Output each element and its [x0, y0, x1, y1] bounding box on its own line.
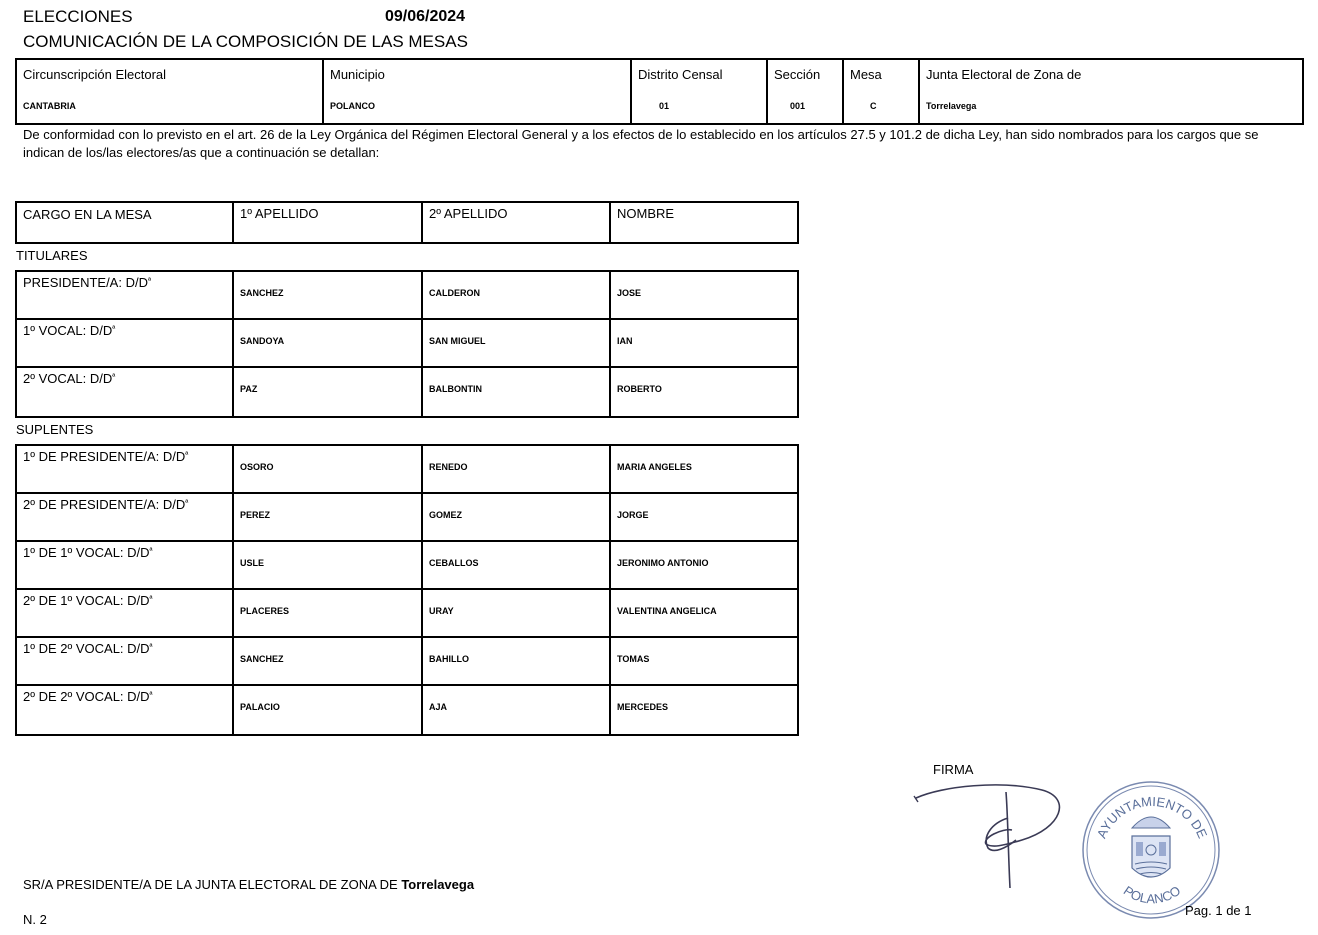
- cargo-cell: 1º DE PRESIDENTE/A: D/Dª: [17, 446, 234, 492]
- addressee-prefix: SR/A PRESIDENTE/A DE LA JUNTA ELECTORAL …: [23, 877, 401, 892]
- circunscripcion-cell: Circunscripción Electoral CANTABRIA: [17, 60, 324, 123]
- apellido1-cell: SANCHEZ: [234, 638, 423, 684]
- junta-value: Torrelavega: [926, 101, 976, 111]
- apellido2-cell: SAN MIGUEL: [423, 320, 611, 366]
- table-row: 2º DE PRESIDENTE/A: D/DªPEREZGOMEZJORGE: [17, 494, 797, 542]
- document-number: N. 2: [23, 912, 47, 927]
- column-cargo-label: CARGO EN LA MESA: [23, 207, 152, 222]
- nombre-cell: JERONIMO ANTONIO: [611, 542, 797, 588]
- mesa-label: Mesa: [850, 67, 882, 82]
- mesa-value: C: [870, 101, 877, 111]
- document-subtitle: COMUNICACIÓN DE LA COMPOSICIÓN DE LAS ME…: [23, 32, 468, 52]
- cargo-cell: 1º DE 2º VOCAL: D/Dª: [17, 638, 234, 684]
- cargo-label: PRESIDENTE/A: D/Dª: [23, 275, 151, 290]
- apellido2-cell: URAY: [423, 590, 611, 636]
- table-row: 2º VOCAL: D/DªPAZBALBONTINROBERTO: [17, 368, 797, 416]
- junta-cell: Junta Electoral de Zona de Torrelavega: [920, 60, 1302, 123]
- svg-text:POLANCO: POLANCO: [1121, 883, 1183, 907]
- cargo-cell: 2º DE 1º VOCAL: D/Dª: [17, 590, 234, 636]
- junta-label: Junta Electoral de Zona de: [926, 67, 1081, 82]
- apellido1-value: USLE: [240, 558, 264, 568]
- nombre-value: JORGE: [617, 510, 649, 520]
- suplentes-heading: SUPLENTES: [16, 422, 93, 437]
- apellido1-value: PAZ: [240, 384, 257, 394]
- circunscripcion-label: Circunscripción Electoral: [23, 67, 166, 82]
- apellido2-value: SAN MIGUEL: [429, 336, 486, 346]
- cargo-label: 2º DE PRESIDENTE/A: D/Dª: [23, 497, 188, 512]
- distrito-value: 01: [659, 101, 669, 111]
- cargo-cell: 1º VOCAL: D/Dª: [17, 320, 234, 366]
- cargo-label: 1º DE 1º VOCAL: D/Dª: [23, 545, 153, 560]
- seccion-value: 001: [790, 101, 805, 111]
- municipio-value: POLANCO: [330, 101, 375, 111]
- apellido1-cell: PLACERES: [234, 590, 423, 636]
- nombre-value: MARIA ANGELES: [617, 462, 692, 472]
- table-row: 1º DE 2º VOCAL: D/DªSANCHEZBAHILLOTOMAS: [17, 638, 797, 686]
- apellido1-cell: SANDOYA: [234, 320, 423, 366]
- apellido2-value: BALBONTIN: [429, 384, 482, 394]
- apellido1-value: SANCHEZ: [240, 654, 284, 664]
- apellido1-value: PALACIO: [240, 702, 280, 712]
- nombre-cell: TOMAS: [611, 638, 797, 684]
- nombre-value: JOSE: [617, 288, 641, 298]
- column-apellido1-label: 1º APELLIDO: [240, 206, 318, 221]
- legal-paragraph: De conformidad con lo previsto en el art…: [23, 126, 1293, 162]
- seccion-cell: Sección 001: [768, 60, 844, 123]
- cargo-cell: 2º VOCAL: D/Dª: [17, 368, 234, 416]
- apellido1-cell: OSORO: [234, 446, 423, 492]
- table-row: 1º VOCAL: D/DªSANDOYASAN MIGUELIAN: [17, 320, 797, 368]
- distrito-label: Distrito Censal: [638, 67, 723, 82]
- nombre-cell: ROBERTO: [611, 368, 797, 416]
- cargo-label: 1º VOCAL: D/Dª: [23, 323, 115, 338]
- column-apellido2: 2º APELLIDO: [423, 203, 611, 242]
- apellido2-value: URAY: [429, 606, 454, 616]
- nombre-cell: VALENTINA ANGELICA: [611, 590, 797, 636]
- apellido1-value: PEREZ: [240, 510, 270, 520]
- mesa-cell: Mesa C: [844, 60, 920, 123]
- cargo-cell: PRESIDENTE/A: D/Dª: [17, 272, 234, 318]
- apellido2-cell: CEBALLOS: [423, 542, 611, 588]
- table-row: 2º DE 1º VOCAL: D/DªPLACERESURAYVALENTIN…: [17, 590, 797, 638]
- apellido2-value: RENEDO: [429, 462, 468, 472]
- nombre-cell: MARIA ANGELES: [611, 446, 797, 492]
- apellido2-cell: GOMEZ: [423, 494, 611, 540]
- apellido1-cell: PALACIO: [234, 686, 423, 734]
- apellido1-cell: PAZ: [234, 368, 423, 416]
- election-date: 09/06/2024: [385, 8, 465, 26]
- seccion-label: Sección: [774, 67, 820, 82]
- nombre-value: TOMAS: [617, 654, 649, 664]
- apellido1-value: SANDOYA: [240, 336, 284, 346]
- signature-icon: [912, 778, 1072, 893]
- column-nombre: NOMBRE: [611, 203, 797, 242]
- cargo-label: 1º DE PRESIDENTE/A: D/Dª: [23, 449, 188, 464]
- firma-label: FIRMA: [933, 762, 973, 777]
- table-row: PRESIDENTE/A: D/DªSANCHEZCALDERONJOSE: [17, 272, 797, 320]
- apellido2-value: CEBALLOS: [429, 558, 479, 568]
- apellido1-value: PLACERES: [240, 606, 289, 616]
- nombre-value: MERCEDES: [617, 702, 668, 712]
- apellido2-cell: BAHILLO: [423, 638, 611, 684]
- apellido1-cell: PEREZ: [234, 494, 423, 540]
- table-row: 1º DE 1º VOCAL: D/DªUSLECEBALLOSJERONIMO…: [17, 542, 797, 590]
- addressee-zone: Torrelavega: [401, 877, 474, 892]
- apellido2-value: AJA: [429, 702, 447, 712]
- apellido2-cell: RENEDO: [423, 446, 611, 492]
- apellido1-value: SANCHEZ: [240, 288, 284, 298]
- column-apellido2-label: 2º APELLIDO: [429, 206, 507, 221]
- cargo-label: 1º DE 2º VOCAL: D/Dª: [23, 641, 153, 656]
- apellido1-cell: USLE: [234, 542, 423, 588]
- apellido2-cell: AJA: [423, 686, 611, 734]
- cargo-cell: 2º DE PRESIDENTE/A: D/Dª: [17, 494, 234, 540]
- addressee: SR/A PRESIDENTE/A DE LA JUNTA ELECTORAL …: [23, 877, 474, 892]
- nombre-value: IAN: [617, 336, 633, 346]
- apellido2-cell: BALBONTIN: [423, 368, 611, 416]
- titulares-heading: TITULARES: [16, 248, 88, 263]
- apellido2-value: CALDERON: [429, 288, 480, 298]
- nombre-cell: MERCEDES: [611, 686, 797, 734]
- page-number: Pag. 1 de 1: [1185, 903, 1252, 918]
- distrito-cell: Distrito Censal 01: [632, 60, 768, 123]
- column-header-table: CARGO EN LA MESA 1º APELLIDO 2º APELLIDO…: [15, 201, 799, 244]
- apellido1-value: OSORO: [240, 462, 274, 472]
- cargo-cell: 1º DE 1º VOCAL: D/Dª: [17, 542, 234, 588]
- column-header-row: CARGO EN LA MESA 1º APELLIDO 2º APELLIDO…: [17, 203, 797, 242]
- apellido2-cell: CALDERON: [423, 272, 611, 318]
- nombre-value: VALENTINA ANGELICA: [617, 606, 717, 616]
- cargo-cell: 2º DE 2º VOCAL: D/Dª: [17, 686, 234, 734]
- election-title: ELECCIONES: [23, 7, 133, 27]
- table-row: 2º DE 2º VOCAL: D/DªPALACIOAJAMERCEDES: [17, 686, 797, 734]
- municipal-seal-icon: AYUNTAMIENTO DE POLANCO: [1080, 776, 1222, 924]
- suplentes-table: 1º DE PRESIDENTE/A: D/DªOSORORENEDOMARIA…: [15, 444, 799, 736]
- nombre-value: JERONIMO ANTONIO: [617, 558, 709, 568]
- cargo-label: 2º VOCAL: D/Dª: [23, 371, 115, 386]
- apellido2-value: GOMEZ: [429, 510, 462, 520]
- apellido2-value: BAHILLO: [429, 654, 469, 664]
- table-row: 1º DE PRESIDENTE/A: D/DªOSORORENEDOMARIA…: [17, 446, 797, 494]
- municipio-cell: Municipio POLANCO: [324, 60, 632, 123]
- nombre-cell: JORGE: [611, 494, 797, 540]
- mesa-info-table: Circunscripción Electoral CANTABRIA Muni…: [15, 58, 1304, 125]
- column-nombre-label: NOMBRE: [617, 206, 674, 221]
- cargo-label: 2º DE 1º VOCAL: D/Dª: [23, 593, 153, 608]
- nombre-cell: IAN: [611, 320, 797, 366]
- municipio-label: Municipio: [330, 67, 385, 82]
- titulares-table: PRESIDENTE/A: D/DªSANCHEZCALDERONJOSE1º …: [15, 270, 799, 418]
- column-apellido1: 1º APELLIDO: [234, 203, 423, 242]
- nombre-value: ROBERTO: [617, 384, 662, 394]
- apellido1-cell: SANCHEZ: [234, 272, 423, 318]
- nombre-cell: JOSE: [611, 272, 797, 318]
- circunscripcion-value: CANTABRIA: [23, 101, 76, 111]
- column-cargo: CARGO EN LA MESA: [17, 203, 234, 242]
- cargo-label: 2º DE 2º VOCAL: D/Dª: [23, 689, 153, 704]
